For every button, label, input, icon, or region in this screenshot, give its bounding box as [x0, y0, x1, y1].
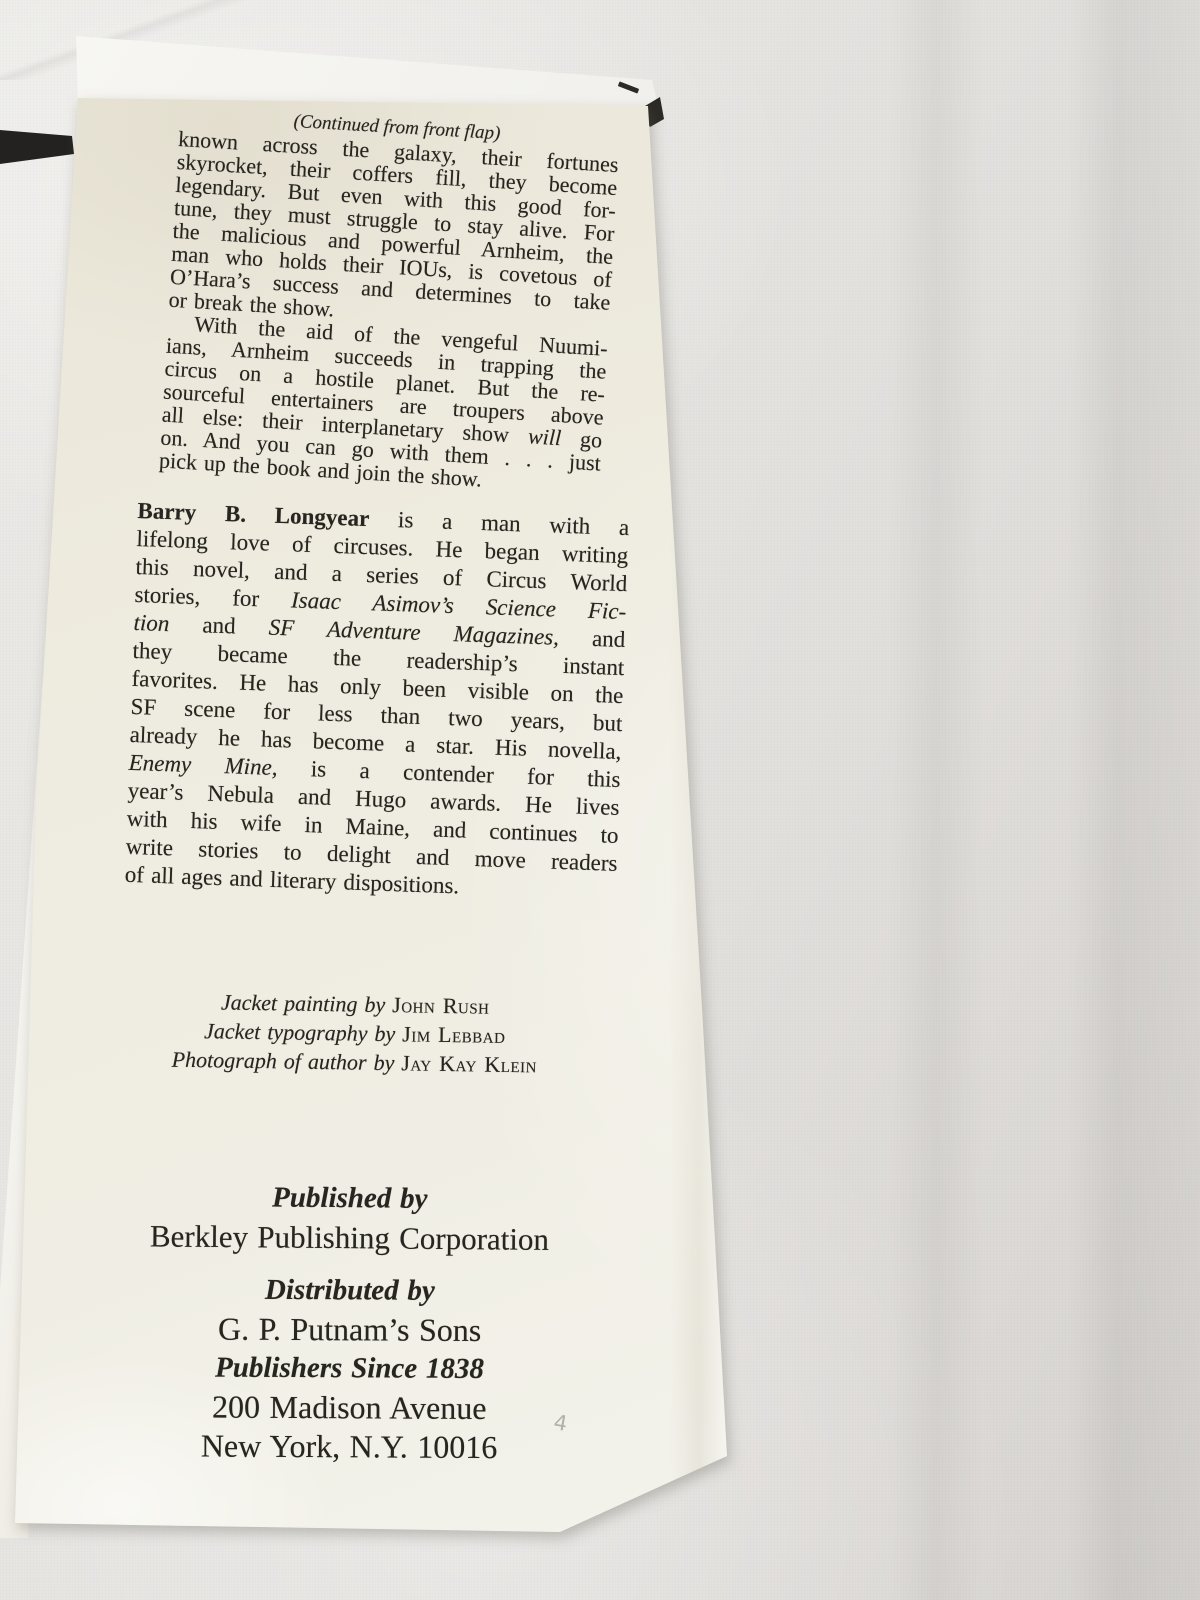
book-jacket-photo: (Continued from front flap) known across… [0, 0, 1200, 1600]
publisher-block: Published byBerkley Publishing Corporati… [104, 1176, 595, 1260]
flap-synopsis-text: known across the galaxy, their fortuness… [159, 127, 620, 498]
distributor-block: Distributed byG. P. Putnam’s SonsPublish… [104, 1270, 595, 1468]
jacket-back-flap: (Continued from front flap) known across… [0, 70, 760, 1550]
jacket-credits: Jacket painting by John RushJacket typog… [127, 986, 583, 1080]
author-bio-text: Barry B. Longyear is a man with alifelon… [124, 497, 629, 906]
